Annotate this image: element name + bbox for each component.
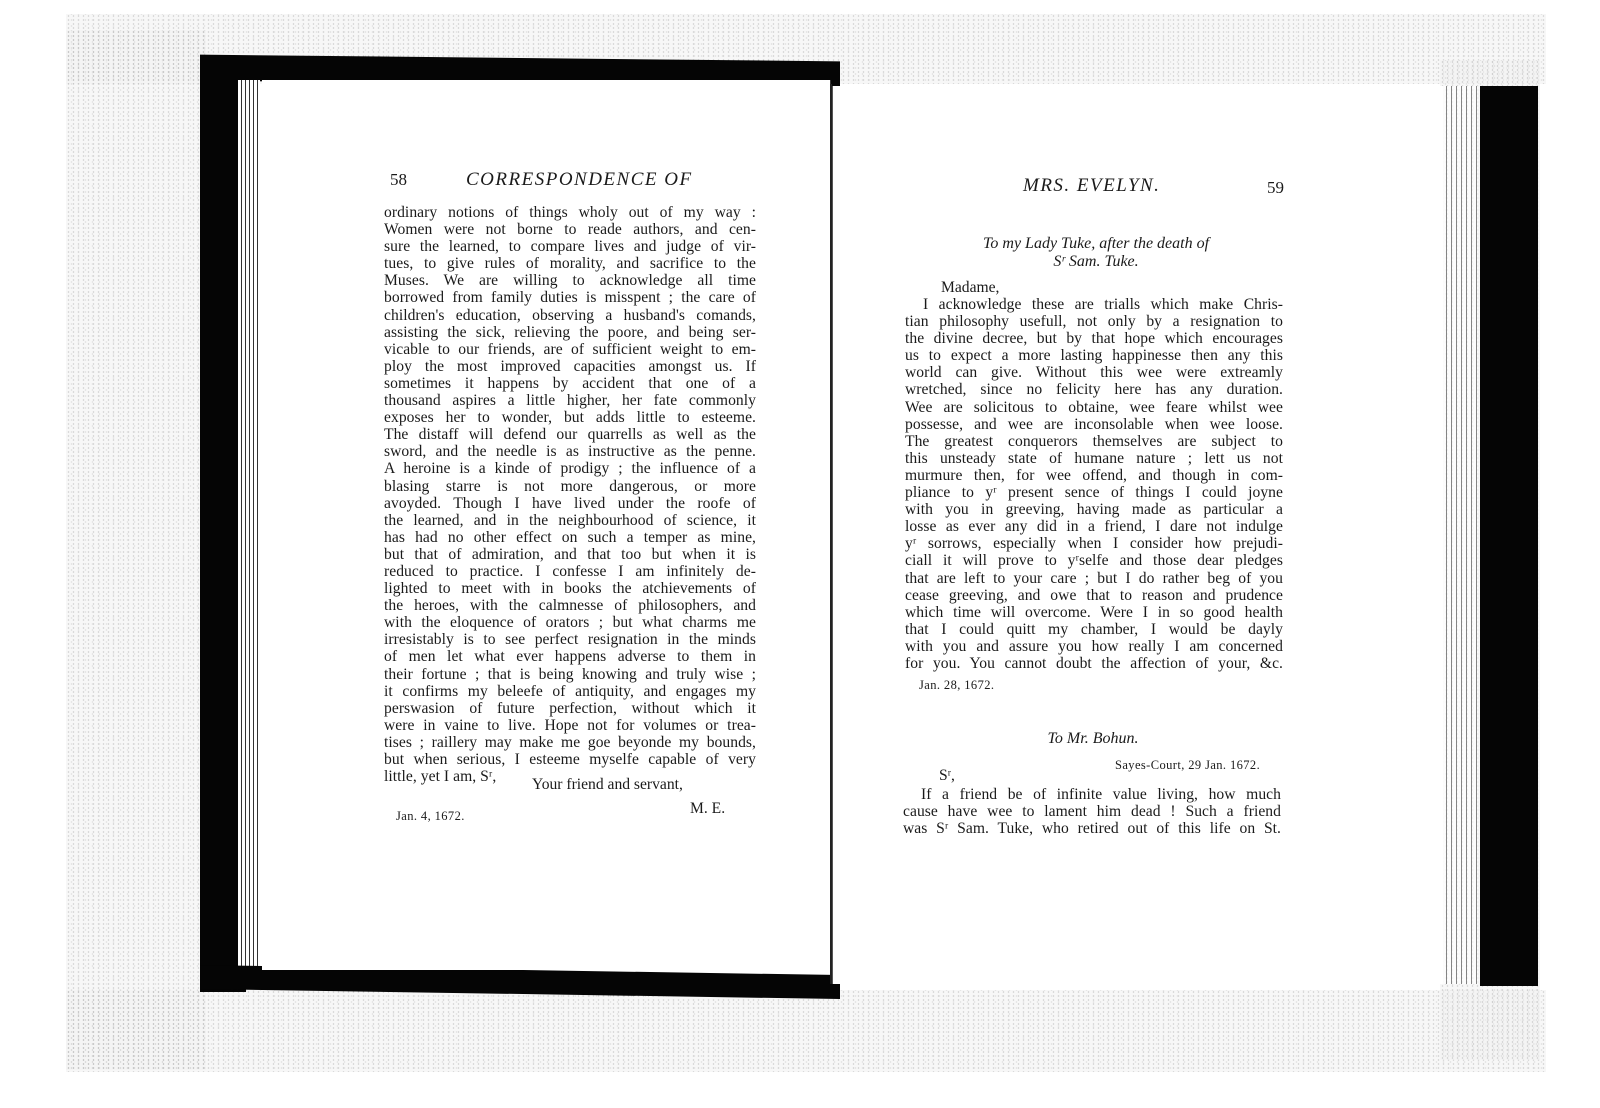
- text-line: cause have wee to lament him dead ! Such…: [903, 803, 1281, 820]
- text-line: thousand aspires a little higher, her fa…: [384, 392, 756, 409]
- scan-background-bottom: [66, 990, 1546, 1072]
- right-page: MRS. EVELYN. 59 To my Lady Tuke, after t…: [832, 86, 1443, 984]
- text-line: losse as ever any did in a friend, I dar…: [905, 518, 1283, 535]
- text-line: irresistably is to see perfect resignati…: [384, 631, 756, 648]
- text-line: that I could quitt my chamber, I would b…: [905, 621, 1283, 638]
- letter1-heading: To my Lady Tuke, after the death of Sʳ S…: [903, 235, 1289, 271]
- text-line: this unsteady state of humane nature ; l…: [905, 450, 1283, 467]
- text-line: borrowed from family duties is misspent …: [384, 289, 756, 306]
- text-line: their fortune ; that is being knowing an…: [384, 666, 756, 683]
- text-line: reduced to practice. I confesse I am inf…: [384, 563, 756, 580]
- book-page-stack-right: [1442, 86, 1478, 984]
- letter1-heading-line2: Sʳ Sam. Tuke.: [903, 253, 1289, 271]
- letter2-body-text: If a friend be of infinite value living,…: [903, 786, 1281, 837]
- left-page-number: 58: [390, 170, 407, 190]
- text-line: for you. You cannot doubt the affection …: [905, 655, 1283, 672]
- text-line: ciall it will prove to yʳselfe and those…: [905, 552, 1283, 569]
- text-line: yʳ sorrows, especially when I consider h…: [905, 535, 1283, 552]
- text-line: tises ; raillery may make me goe beyonde…: [384, 734, 756, 751]
- letter-closing: Your friend and servant,: [532, 776, 683, 794]
- text-line: with you and assure you how really I am …: [905, 638, 1283, 655]
- text-line: perswasion of future perfection, without…: [384, 700, 756, 717]
- text-line: that are left to your care ; but I do ra…: [905, 570, 1283, 587]
- text-line: but when serious, I esteeme myselfe capa…: [384, 751, 756, 768]
- text-line: The distaff will defend our quarrells as…: [384, 426, 756, 443]
- letter2-place-date: Sayes-Court, 29 Jan. 1672.: [1115, 758, 1260, 773]
- text-line: Muses. We are willing to acknowledge all…: [384, 272, 756, 289]
- text-line: The greatest conquerors themselves are s…: [905, 433, 1283, 450]
- text-line: murmure then, for wee offend, and though…: [905, 467, 1283, 484]
- left-body-text: ordinary notions of things wholy out of …: [384, 204, 756, 785]
- letter1-salutation: Madame,: [941, 279, 999, 297]
- letter-date: Jan. 4, 1672.: [396, 809, 465, 824]
- text-line: A heroine is a kinde of prodigy ; the in…: [384, 460, 756, 477]
- text-line: was Sʳ Sam. Tuke, who retired out of thi…: [903, 820, 1281, 837]
- text-line: ploy the most improved capacities amongs…: [384, 358, 756, 375]
- text-line: world can give. Without this wee were ex…: [905, 364, 1283, 381]
- text-line: with the eloquence of orators ; but what…: [384, 614, 756, 631]
- text-line: lighted to meet with in books the atchie…: [384, 580, 756, 597]
- text-line: ordinary notions of things wholy out of …: [384, 204, 756, 221]
- text-line: Wee are solicitous to obtaine, wee feare…: [905, 399, 1283, 416]
- left-running-head: CORRESPONDENCE OF: [466, 169, 693, 191]
- text-line: blasing starre is not more dangerous, or…: [384, 478, 756, 495]
- text-line: with you in greeving, having made as par…: [905, 501, 1283, 518]
- text-line: but that of admiration, and that too but…: [384, 546, 756, 563]
- left-page: 58 CORRESPONDENCE OF ordinary notions of…: [262, 80, 831, 970]
- text-line: it confirms my beleefe of antiquity, and…: [384, 683, 756, 700]
- text-line: possesse, and wee are inconsolable when …: [905, 416, 1283, 433]
- text-line: tian philosophy usefull, not only by a r…: [905, 313, 1283, 330]
- letter-signature: M. E.: [690, 800, 725, 818]
- text-line: wretched, since no felicity here has any…: [905, 381, 1283, 398]
- text-line: were in vaine to live. Hope not for volu…: [384, 717, 756, 734]
- text-line: cease greeving, and owe that to reason a…: [905, 587, 1283, 604]
- right-running-head: MRS. EVELYN.: [1023, 175, 1160, 197]
- book-gutter: [830, 84, 832, 984]
- text-line: which time will overcome. Were I in so g…: [905, 604, 1283, 621]
- text-line: the learned, and in the neighbourhood of…: [384, 512, 756, 529]
- text-line: sword, and the needle is as instructive …: [384, 443, 756, 460]
- text-line: sometimes it happens by accident that on…: [384, 375, 756, 392]
- text-line: assisting the sick, relieving the poore,…: [384, 324, 756, 341]
- right-page-number: 59: [1267, 178, 1284, 198]
- letter2-heading: To Mr. Bohun.: [903, 730, 1283, 748]
- scan-background-left: [66, 30, 206, 1070]
- book-cover-right-edge: [1480, 86, 1538, 986]
- letter1-heading-line1: To my Lady Tuke, after the death of: [903, 235, 1289, 253]
- letter1-body-text: I acknowledge these are trialls which ma…: [905, 296, 1283, 672]
- letter1-date: Jan. 28, 1672.: [919, 678, 994, 693]
- text-line: If a friend be of infinite value living,…: [903, 786, 1281, 803]
- text-line: sure the learned, to compare lives and j…: [384, 238, 756, 255]
- text-line: pliance to yʳ present sence of things I …: [905, 484, 1283, 501]
- text-line: has had no other effect on such a temper…: [384, 529, 756, 546]
- text-line: tues, to give rules of morality, and sac…: [384, 255, 756, 272]
- text-line: the heroes, with the calmnesse of philos…: [384, 597, 756, 614]
- text-line: the divine decree, but by that hope whic…: [905, 330, 1283, 347]
- text-line: I acknowledge these are trialls which ma…: [905, 296, 1283, 313]
- text-line: children's education, observing a husban…: [384, 307, 756, 324]
- text-line: us to expect a more lasting happinesse t…: [905, 347, 1283, 364]
- text-line: exposes her to wonder, but adds little t…: [384, 409, 756, 426]
- text-line: avoyded. Though I have lived under the r…: [384, 495, 756, 512]
- text-line: of men let what ever happens adverse to …: [384, 648, 756, 665]
- letter2-salutation: Sʳ,: [939, 767, 955, 785]
- text-line: Women were not borne to reade authors, a…: [384, 221, 756, 238]
- book-page-stack-left: [238, 80, 260, 975]
- text-line: vicable to our friends, are of sufficien…: [384, 341, 756, 358]
